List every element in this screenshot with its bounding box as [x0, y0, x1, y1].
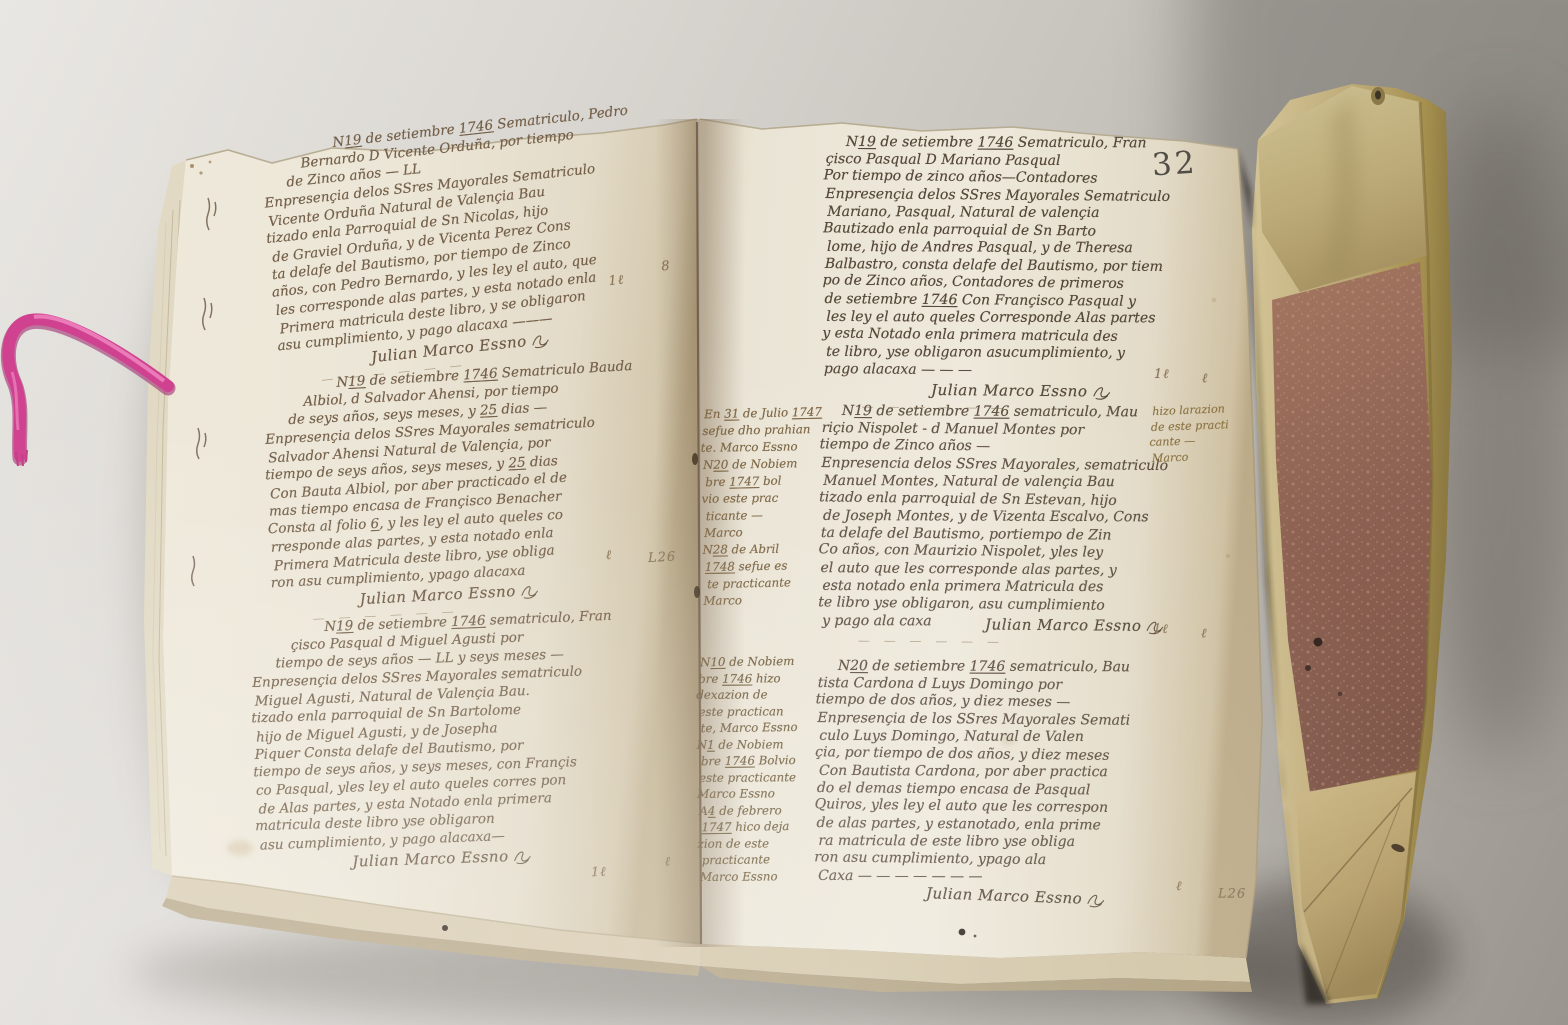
- fee-amount: 1ℓ: [1153, 621, 1169, 637]
- notary-signature: Julian Marco Essno: [931, 381, 1088, 400]
- handwritten-line: sefue dho prahian: [702, 421, 824, 440]
- entry-body: N19 de setiembre 1746 Sematriculo, Pedro…: [258, 103, 639, 355]
- handwritten-line: lome, hijo de Andres Pasqual, y de There…: [827, 239, 1222, 258]
- signature-row: Julian Marco Essno: [926, 884, 1216, 912]
- entry-body: N19 de setiembre 1746 Sematriculo, Franç…: [824, 133, 1221, 381]
- notary-signature: Julian Marco Essno: [926, 884, 1083, 907]
- fee-amount: ℓ: [1201, 625, 1208, 641]
- notary-signature: Julian Marco Essno: [352, 847, 509, 870]
- register-entry: N20 de setiembre 1746 sematriculo, Bauti…: [816, 657, 1218, 908]
- handwritten-line: bre 1746 Bolvio: [701, 752, 819, 770]
- fee-amount: ℓ: [605, 547, 612, 563]
- fee-amount: 1ℓ: [608, 272, 625, 290]
- handwritten-line: ticante —: [706, 506, 828, 526]
- handwritten-line: Marco: [704, 523, 826, 542]
- handwritten-line: En 31 de Julio 1747: [704, 404, 826, 424]
- handwritten-line: vio este prac: [702, 489, 824, 508]
- handwritten-line: bre 1746 hizo: [698, 669, 816, 687]
- handwritten-line: N20 de setiembre 1746 sematriculo, Bau: [838, 658, 1220, 677]
- margin-notes-practicante: En 31 de Julio 1747sefue dho prahiante. …: [702, 404, 828, 610]
- handwritten-line: 1747 hico deja: [701, 818, 819, 836]
- handwritten-line: te, Marco Essno: [701, 719, 819, 737]
- entry-body: N19 de setiembre 1746 Sematriculo BaudaA…: [262, 359, 625, 593]
- notary-rubric-flourish: [519, 583, 540, 600]
- fee-amount: L26: [648, 550, 677, 566]
- margin-notes-practicante: N10 de Nobiembre 1746 hizodexazion deest…: [698, 653, 818, 885]
- handwritten-line: Marco Essno: [700, 867, 818, 885]
- handwritten-line: dexazion de: [696, 686, 814, 703]
- handwriting-layer: 32 N19 de setiembre 1746 Sematriculo, Pe…: [0, 0, 1568, 1025]
- register-entry: N19 de setiembre 1746 Sematriculo, Franç…: [824, 133, 1221, 416]
- handwritten-line: de Joseph Montes, y de Vizenta Escalvo, …: [823, 508, 1218, 527]
- entry-body: N19 de setiembre 1746 sematriculo, Franç…: [250, 607, 626, 854]
- handwritten-line: te libro, yse obligaron asucumplimiento,…: [826, 344, 1221, 363]
- margin-note-right: hizo larazionde este practicante —Marco: [1150, 401, 1247, 466]
- fee-amount: L26: [1218, 886, 1246, 901]
- handwritten-line: te. Marco Essno: [701, 438, 823, 457]
- handwritten-line: zion de este: [698, 835, 816, 852]
- signature-row: Julian Marco Essno: [824, 380, 1219, 401]
- fee-amount: ℓ: [1202, 370, 1209, 386]
- fee-amount: 1ℓ: [591, 864, 607, 881]
- notary-rubric-flourish: [512, 848, 533, 865]
- register-entry: N19 de setiembre 1746 Sematriculo, Pedro…: [258, 103, 642, 390]
- handwritten-line: Marco Essno: [697, 785, 815, 802]
- handwritten-line: N1 de Nobiem: [697, 736, 815, 753]
- handwritten-line: Marco: [703, 591, 825, 610]
- handwritten-line: N10 de Nobiem: [700, 653, 818, 671]
- entry-body: N20 de setiembre 1746 sematriculo, Bauti…: [816, 657, 1218, 888]
- handwritten-line: bre 1747 bol: [705, 472, 827, 492]
- handwritten-line: N19 de setiembre 1746 Sematriculo, Fran: [846, 134, 1223, 153]
- handwritten-line: Marco: [1152, 447, 1247, 466]
- handwritten-line: este practican: [698, 702, 816, 720]
- fee-amount: ℓ: [1176, 878, 1183, 894]
- notary-rubric-flourish: [1086, 891, 1107, 908]
- handwritten-line: cante —: [1149, 432, 1244, 450]
- notary-rubric-flourish: [530, 332, 552, 350]
- fee-amount: ℓ: [664, 853, 671, 869]
- handwritten-line: este practicante: [699, 768, 817, 786]
- register-entry: N19 de setiembre 1746 sematriculo, Franç…: [250, 607, 627, 874]
- handwritten-line: Caxa — — — — — — —: [818, 868, 1218, 887]
- handwritten-line: practicante: [702, 851, 820, 869]
- notary-rubric-flourish: [1091, 384, 1111, 400]
- manuscript-photo-scene: 32 N19 de setiembre 1746 Sematriculo, Pe…: [0, 0, 1568, 1025]
- fee-amount: 8: [661, 259, 672, 275]
- handwritten-line: A4 de febrero: [699, 801, 817, 819]
- handwritten-line: te practicante: [707, 574, 829, 594]
- handwritten-line: Con Bautista Cardona, por aber practica: [819, 763, 1219, 782]
- fee-amount: 1ℓ: [1154, 366, 1170, 382]
- handwritten-line: N28 de Abril: [702, 540, 824, 559]
- register-entry: N19 de setiembre 1746 Sematriculo BaudaA…: [262, 359, 627, 628]
